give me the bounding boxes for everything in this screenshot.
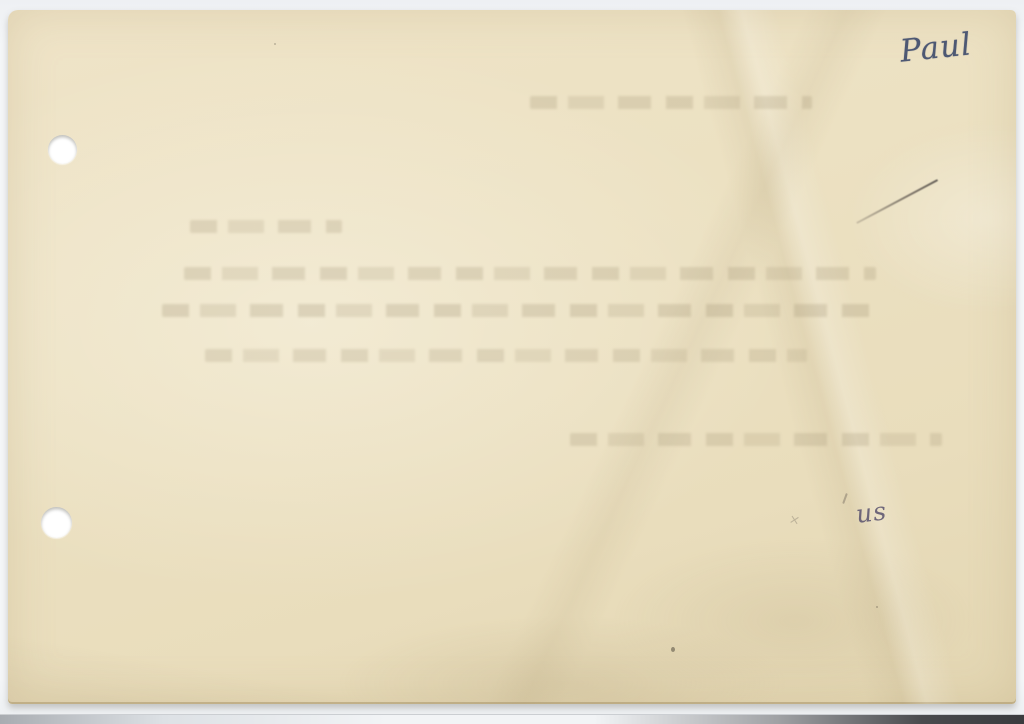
pencil-x-mark: ×: [788, 512, 802, 529]
handwritten-signature-fragment: us: [854, 496, 888, 529]
paper-speck: [671, 647, 675, 652]
paper-speck: [274, 43, 276, 45]
paper-speck: [876, 606, 878, 608]
scan-bottom-edge-strip: [0, 715, 1024, 724]
scanned-page: Paul us ×: [0, 0, 1024, 724]
typed-closing: [570, 433, 942, 446]
typed-salutation: [190, 220, 342, 233]
typed-body-line-3: [205, 349, 807, 362]
diagonal-pen-stroke: [856, 179, 938, 224]
typed-body-line-2: [162, 304, 880, 317]
punch-hole-top: [48, 135, 77, 164]
pencil-tick-mark: [842, 493, 848, 504]
typed-dateline: [530, 96, 812, 109]
punch-hole-bottom: [41, 507, 72, 538]
handwritten-name-annotation: Paul: [898, 26, 973, 69]
letter-paper: Paul us ×: [8, 10, 1016, 704]
typed-body-line-1: [184, 267, 876, 280]
